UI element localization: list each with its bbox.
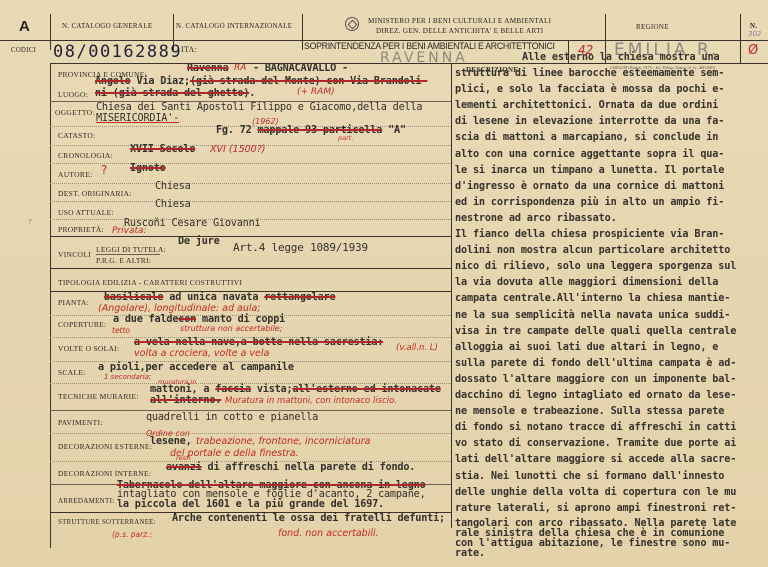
tecniche-struck-c: all'interno.: [150, 395, 221, 406]
volte-label: VOLTE o SOLAI:: [58, 344, 119, 353]
decorazioni-esterne-value: lesene,: [150, 436, 192, 447]
descrizione-line: nestrone ad arco ribassato.: [455, 213, 617, 224]
luogo-line-2-end: .: [249, 88, 255, 99]
strutture-sotterranee-label: STRUTTURE SOTTERRANEE:: [58, 519, 156, 526]
descrizione-line: visa in tre campate delle quali quella c…: [455, 326, 736, 337]
descrizione-line: plici, e solo la facciata è mossa da poc…: [455, 84, 724, 95]
provincia-value: - BAGNACAVALLO -: [253, 63, 348, 74]
descrizione-line: ed in corrispondenza più in alto un ampi…: [455, 197, 724, 208]
coperture-label: COPERTURE:: [58, 320, 106, 329]
volte-note: volta a crociera, volte a vela: [134, 348, 269, 359]
leggi-value-b: Art.4 legge 1089/1939: [233, 241, 368, 254]
descrizione-line: dossato l'altare maggiore con un imponen…: [455, 374, 736, 385]
coperture-note-a: tetto: [112, 326, 130, 335]
catalogo-generale-label: N. CATALOGO GENERALE: [62, 22, 152, 30]
cronologia-label: CRONOLOGIA:: [58, 151, 113, 160]
arredamenti-label: ARREDAMENTI:: [58, 497, 115, 505]
catasto-label: CATASTO:: [58, 131, 96, 140]
descrizione-line: con l'attigua abitazione, le finestre so…: [455, 539, 730, 549]
oggetto-line-2: MISERICORDIA'-: [96, 113, 179, 124]
descrizione-line: ne mensole e trabeazione. Sulla stessa p…: [455, 406, 724, 417]
descrizione-line: lementi architettonici. Ornata da due or…: [455, 100, 718, 111]
row-rule: [50, 410, 451, 411]
descrizione-line: struttura di linee barocche esteemamente…: [455, 68, 724, 79]
pianta-value-text: ad unica navata: [163, 292, 264, 303]
section-letter: A: [19, 18, 30, 35]
pianta-struck-a: basilicale: [104, 292, 163, 303]
codici-label: CODICI: [11, 47, 36, 54]
volte-note-right: (v.all.n. L): [396, 343, 438, 353]
vincoli-rule: [96, 254, 160, 255]
tecniche-label: TECNICHE MURARIE:: [58, 392, 139, 401]
descrizione-line: ne la sua semplicità nella navata unica …: [455, 310, 730, 321]
decorazioni-esterne-note-a: trabeazione, frontone, incorniciatura: [196, 436, 370, 447]
dest-originaria-value: Chiesa: [155, 181, 191, 192]
luogo-struck-b: (già strada del Monte) con Via Brandoli-: [190, 76, 427, 87]
catalogo-internazionale-value: ITA:: [181, 45, 197, 54]
descrizione-line: scia di mattoni a marcapiano, si conclud…: [455, 132, 718, 143]
proprieta-note: Privata:: [112, 226, 147, 236]
decorazioni-interne-note-top: resti: [176, 454, 190, 462]
row-rule: [50, 268, 451, 269]
autore-struck: Ignoto: [130, 163, 166, 174]
luogo-note: (+ RAM): [297, 87, 335, 97]
n-handwritten: Ø: [748, 43, 758, 58]
luogo-struck-c: ni (già strada del ghetto): [95, 88, 249, 99]
scale-value: a pioli,per accedere al campanile: [98, 362, 294, 373]
catasto-value-b: "A": [388, 125, 406, 136]
cronologia-struck: XVII Secolo: [130, 144, 195, 155]
strutture-sotterranee-note-right: fond. non accertabili.: [278, 528, 379, 539]
coperture-value-a: a due falde: [113, 314, 178, 325]
dest-originaria-label: DEST. ORIGINARIA:: [58, 189, 132, 198]
descrizione-line: sulla parete di fondo dell'ultima campat…: [455, 358, 736, 369]
descrizione-rule: [451, 63, 768, 64]
oggetto-line-1: Chiesa dei Santi Apostoli Filippo e Giac…: [96, 102, 422, 113]
header-divider: [302, 14, 303, 50]
decorazioni-esterne-label: DECORAZIONI ESTERNE:: [58, 442, 152, 451]
tecniche-value-b: vista;: [251, 384, 293, 395]
luogo-line-2: ni (già strada del ghetto).: [95, 88, 255, 99]
descrizione-line: le si inarca un timpano a lunetta. Il po…: [455, 165, 724, 176]
header-divider: [50, 14, 51, 50]
luogo-label: LUOGO:: [58, 90, 88, 99]
pianta-label: PIANTA:: [58, 298, 89, 307]
decorazioni-interne-text: di affreschi nella parete di fondo.: [202, 462, 416, 473]
n-label: N.: [750, 22, 757, 30]
decorazioni-interne-label: DECORAZIONI INTERNE:: [58, 469, 151, 478]
descrizione-line: Il fianco della chiesa prospiciente via …: [455, 229, 724, 240]
pianta-value: basilicale ad unica navata rettangolare: [104, 292, 335, 303]
descrizione-line: stia. Nei lunotti che si formano dall'in…: [455, 471, 724, 482]
descrizione-line: alloggia ai suoi lati due altari in legn…: [455, 342, 718, 353]
descrizione-line: di lesene in elevazione interrotte da un…: [455, 116, 724, 127]
n-handwritten-top: 302: [748, 30, 761, 38]
descrizione-line: vo stato di conservazione. Tramite due p…: [455, 438, 736, 449]
tecniche-struck-a: faccia: [215, 384, 251, 395]
catalogo-internazionale-label: N. CATALOGO INTERNAZIONALE: [176, 22, 292, 30]
descrizione-line: la via dovuta alle maggiori dimensioni d…: [455, 277, 718, 288]
autore-label: AUTORE:: [58, 170, 92, 179]
pianta-struck-b: rettangolare: [264, 292, 335, 303]
catalogo-generale-value: 08/00162889: [53, 42, 182, 62]
tipologia-header: TIPOLOGIA EDILIZIA - CARATTERI COSTRUTTI…: [58, 278, 242, 287]
pianta-note: (Angolare), longitudinale: ad aula;: [98, 303, 261, 314]
prg-label: P.R.G. E ALTRI:: [96, 256, 151, 265]
cronologia-note: XVI (1500?): [210, 144, 265, 155]
scale-label: SCALE:: [58, 368, 86, 377]
provincia-struck: Ravenna: [187, 63, 229, 74]
leggi-tutela-label: LEGGI DI TUTELA:: [96, 245, 166, 254]
catasto-value: Fg. 72 mappale 93 particella "A": [216, 125, 406, 136]
tecniche-line-1: mattoni, a faccia vista;all'esterno ed i…: [150, 384, 441, 395]
descrizione-first-line: Alle esterno la chiesa mostra una: [522, 52, 719, 63]
provincia-note: RA: [234, 63, 246, 73]
row-rule: [50, 163, 451, 164]
header-divider: [740, 14, 741, 63]
leggi-value-a: De jure: [178, 236, 220, 247]
descrizione-line: dacchino di legno intagliato ed ornato d…: [455, 390, 736, 401]
uso-attuale-label: USO ATTUALE:: [58, 208, 114, 217]
oggetto-label: OGGETTO:: [55, 108, 95, 117]
coperture-note-b: struttura non accertabile;: [180, 324, 282, 333]
row-rule: [50, 433, 451, 434]
volte-struck: a vela nella nave,a botte nella sacresti…: [134, 337, 383, 348]
descrizione-line: nico di rilievo, solo una leggera sporge…: [455, 261, 736, 272]
form-left-border: [50, 63, 51, 548]
row-rule: [50, 236, 451, 237]
catasto-struck: mappale 93 particella: [258, 125, 383, 136]
tecniche-value-a: mattoni, a: [150, 384, 215, 395]
descrizione-line: alto con una cornice aggettante sopra il…: [455, 149, 724, 160]
arredamenti-line-3: la piccola del 1601 e la più grande del …: [117, 499, 384, 510]
proprieta-label: PROPRIETÀ:: [58, 225, 104, 234]
catasto-note-part: part.: [338, 134, 353, 142]
republic-emblem-icon: [345, 17, 359, 31]
row-rule: [50, 201, 451, 202]
pavimenti-label: PAVIMENTI:: [58, 418, 103, 427]
catasto-value-a: Fg. 72: [216, 125, 252, 136]
row-rule: [50, 183, 451, 184]
form-middle-border: [451, 63, 452, 528]
strutture-sotterranee-value: Arche contenenti le ossa dei fratelli de…: [172, 513, 445, 524]
descrizione-line: lati dell'altare maggiore si accede alla…: [455, 454, 736, 465]
descrizione-line: delle unghie della volta di copertura co…: [455, 487, 736, 498]
ministry-line-1: MINISTERO PER I BENI CULTURALI E AMBIENT…: [368, 17, 551, 25]
pavimenti-value: quadrelli in cotto e pianella: [146, 412, 318, 423]
proprieta-margin-note: ?: [28, 218, 32, 226]
tecniche-struck-b: all'esterno ed intonacate: [292, 384, 440, 395]
luogo-struck-a: Angolo: [95, 76, 131, 87]
descrizione-line: rate.: [455, 549, 485, 559]
scale-note: 1 secondaria;: [104, 373, 151, 381]
autore-note: ?: [101, 163, 107, 177]
ministry-line-2: DIREZ. GEN. DELLE ANTICHITA' E BELLE ART…: [376, 27, 544, 35]
descrizione-line: dolini non mostra alcun particolare arch…: [455, 245, 730, 256]
vincoli-label: VINCOLI: [58, 250, 91, 259]
decorazioni-interne-struck: avanzi: [166, 462, 202, 473]
descrizione-line: d'ingresso è ornato da una cornice di ma…: [455, 181, 724, 192]
decorazioni-interne-value: avanzi di affreschi nella parete di fond…: [166, 462, 415, 473]
tecniche-note: Muratura in mattoni, con intonaco liscio…: [225, 396, 397, 406]
luogo-line-1: Angolo Via Diaz;(già strada del Monte) c…: [95, 76, 427, 87]
descrizione-line: campata centrale.All'interno la chiesa m…: [455, 293, 730, 304]
catalog-card: A N. CATALOGO GENERALE N. CATALOGO INTER…: [0, 0, 768, 567]
luogo-value-a: Via Diaz;: [131, 76, 190, 87]
descrizione-line: di fondo si notano tracce di affreschi i…: [455, 422, 736, 433]
strutture-sotterranee-note-left: (p.s. parz.:: [112, 530, 152, 539]
uso-attuale-value: Chiesa: [155, 199, 191, 210]
descrizione-line: rature laterali, si aprono ampi finestro…: [455, 503, 736, 514]
regione-label: REGIONE: [636, 23, 669, 31]
